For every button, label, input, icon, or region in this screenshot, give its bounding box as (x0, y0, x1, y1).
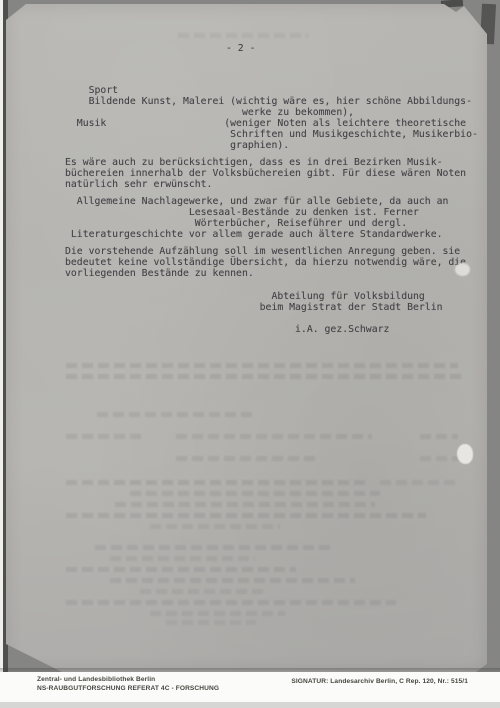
library-department: NS-RAUBGUTFORSCHUNG REFERAT 4C - FORSCHU… (37, 685, 219, 694)
paper-hole (457, 444, 473, 464)
bleed-through-line (110, 578, 355, 583)
paragraph-music-libraries: Es wäre auch zu berücksichtigen, dass es… (65, 157, 466, 190)
paper-hole (455, 263, 470, 276)
library-name: Zentral- und Landesbibliothek Berlin (37, 676, 219, 685)
signature-block: Abteilung für Volksbildung beim Magistra… (65, 291, 443, 335)
bleed-through-line (95, 545, 330, 550)
bleed-through-line (66, 434, 142, 439)
page-number: - 2 - (226, 43, 256, 54)
bleed-through-line (66, 374, 464, 379)
bleed-through-line (176, 434, 372, 439)
paragraph-reference-works: Allgemeine Nachlagewerke, und zwar für a… (65, 196, 448, 240)
bleed-through-line (380, 480, 460, 485)
bleed-through-line (110, 556, 255, 561)
bleed-through-line (66, 363, 458, 368)
library-attribution: Zentral- und Landesbibliothek Berlin NS-… (37, 676, 219, 693)
bleed-through-line (176, 456, 316, 461)
bleed-through-line (178, 33, 308, 38)
subject-list: Sport Bildende Kunst, Malerei (wichtig w… (65, 85, 478, 151)
bleed-through-line (66, 480, 366, 485)
bleed-through-line (97, 412, 255, 417)
bleed-through-line (140, 589, 265, 594)
bleed-through-line (130, 491, 380, 496)
bleed-through-line (150, 611, 285, 616)
paragraph-closing-note: Die vorstehende Aufzählung soll im wesen… (65, 246, 466, 279)
bleed-through-line (66, 513, 426, 518)
bleed-through-line (66, 567, 296, 572)
bleed-through-line (166, 620, 256, 625)
bleed-through-line (150, 524, 280, 529)
bleed-through-line (420, 434, 458, 439)
scan-footer: Zentral- und Landesbibliothek Berlin NS-… (0, 672, 500, 708)
signature-reference: SIGNATUR: Landesarchiv Berlin, C Rep. 12… (291, 678, 468, 685)
scan-footer-edge (0, 702, 500, 708)
bleed-through-line (66, 600, 396, 605)
bleed-through-line (420, 456, 460, 461)
bleed-through-line (115, 502, 375, 507)
